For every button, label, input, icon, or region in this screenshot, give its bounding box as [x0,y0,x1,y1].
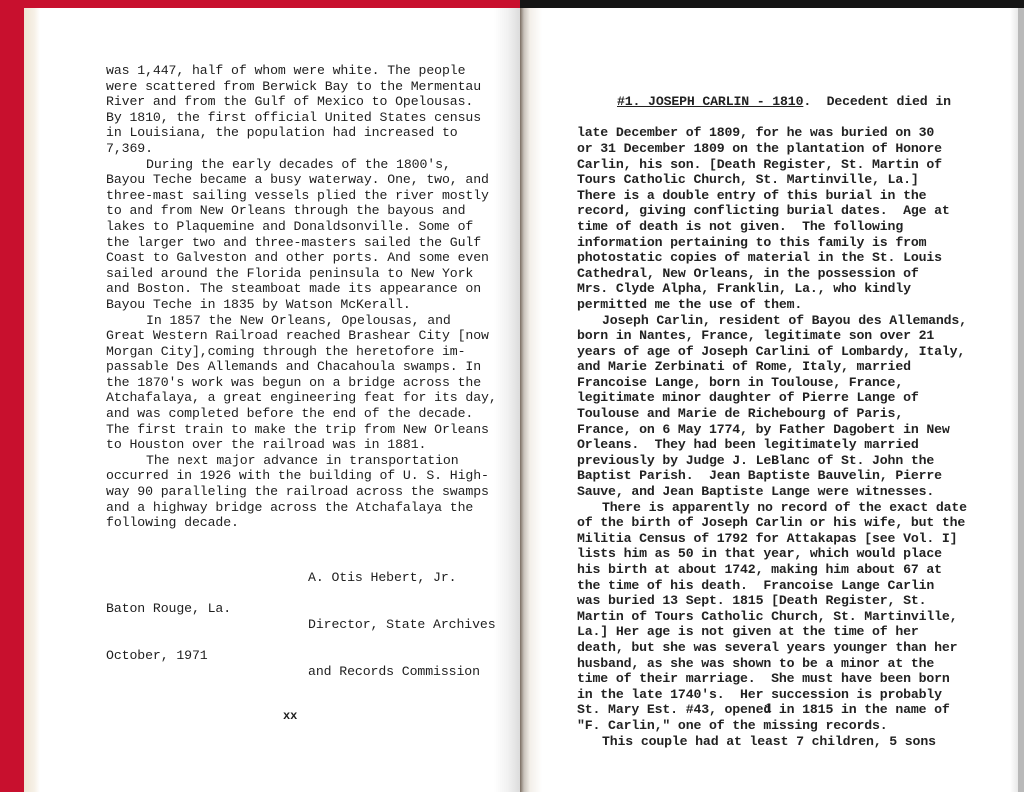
text-line: was 1,447, half of whom were white. The … [106,63,497,79]
text-line: to and from New Orleans through the bayo… [106,203,497,219]
text-line: in Louisiana, the population had increas… [106,125,497,141]
text-line: passable Des Allemands and Chacahoula sw… [106,359,497,375]
text-line: In 1857 the New Orleans, Opelousas, and [106,313,497,329]
text-line: Coast to Galveston and other ports. And … [106,250,497,266]
text-line: During the early decades of the 1800's, [106,157,497,173]
text-line: time of death is not given. The followin… [577,219,967,235]
text-line: legitimate minor daughter of Pierre Lang… [577,390,967,406]
text-line: husband, as she was shown to be a minor … [577,656,967,672]
text-line: and Marie Zerbinati of Rome, Italy, marr… [577,359,967,375]
entry-heading-rest: . Decedent died in [803,94,951,109]
text-line: Mrs. Clyde Alpha, Franklin, La., who kin… [577,281,967,297]
text-line: the time of his death. Francoise Lange C… [577,578,967,594]
text-line: born in Nantes, France, legitimate son o… [577,328,967,344]
text-line: "F. Carlin," one of the missing records. [577,718,967,734]
text-line: France, on 6 May 1774, by Father Dagober… [577,422,967,438]
text-line: 7,369. [106,141,497,157]
text-line: to Houston over the railroad was in 1881… [106,437,497,453]
text-line: following decade. [106,515,497,531]
place: Baton Rouge, La. [106,601,231,617]
text-line: Sauve, and Jean Baptiste Lange were witn… [577,484,967,500]
signature-name: A. Otis Hebert, Jr. [308,570,496,586]
text-line: and was completed before the end of the … [106,406,497,422]
text-line: River and from the Gulf of Mexico to Ope… [106,94,497,110]
text-line: By 1810, the first official United State… [106,110,497,126]
text-line: or 31 December 1809 on the plantation of… [577,141,967,157]
text-line: Cathedral, New Orleans, in the possessio… [577,266,967,282]
text-line: Martin of Tours Catholic Church, St. Mar… [577,609,967,625]
text-line: death, but she was several years younger… [577,640,967,656]
text-line: three-mast sailing vessels plied the riv… [106,188,497,204]
text-line: There is a double entry of this burial i… [577,188,967,204]
text-line: lakes to Plaquemine and Donaldsonville. … [106,219,497,235]
text-line: Bayou Teche became a busy waterway. One,… [106,172,497,188]
text-line: sailed around the Florida peninsula to N… [106,266,497,282]
text-line: of the birth of Joseph Carlin or his wif… [577,515,967,531]
text-line: and a highway bridge across the Atchafal… [106,500,497,516]
text-line: Tours Catholic Church, St. Martinville, … [577,172,967,188]
text-line: was buried 13 Sept. 1815 [Death Register… [577,593,967,609]
text-line: and Boston. The steamboat made its appea… [106,281,497,297]
text-line: Joseph Carlin, resident of Bayou des All… [577,313,967,329]
text-line: late December of 1809, for he was buried… [577,125,967,141]
text-line: years of age of Joseph Carlini of Lombar… [577,344,967,360]
text-line: Baptist Parish. Jean Baptiste Bauvelin, … [577,468,967,484]
text-line: were scattered from Berwick Bay to the M… [106,79,497,95]
text-line: information pertaining to this family is… [577,235,967,251]
text-line: his birth at about 1742, making him abou… [577,562,967,578]
text-line: photostatic copies of material in the St… [577,250,967,266]
text-line: lists him as 50 in that year, which woul… [577,546,967,562]
signature-block: A. Otis Hebert, Jr. Director, State Arch… [308,539,496,695]
text-line: occurred in 1926 with the building of U.… [106,468,497,484]
signature-title-2: and Records Commission [308,664,496,680]
date: October, 1971 [106,648,231,664]
text-line: the larger two and three-masters sailed … [106,235,497,251]
text-line: Francoise Lange, born in Toulouse, Franc… [577,375,967,391]
text-line: way 90 paralleling the railroad across t… [106,484,497,500]
text-line: Carlin, his son. [Death Register, St. Ma… [577,157,967,173]
left-page-body: was 1,447, half of whom were white. The … [106,63,497,531]
entry-heading-line: #1. JOSEPH CARLIN - 1810. Decedent died … [577,94,967,110]
text-line: La.] Her age is not given at the time of… [577,624,967,640]
text-line: in the late 1740's. Her succession is pr… [577,687,967,703]
text-line: previously by Judge J. LeBlanc of St. Jo… [577,453,967,469]
right-page-number: 1 [764,701,772,717]
text-line: Atchafalaya, a great engineering feat fo… [106,390,497,406]
place-date-block: Baton Rouge, La. October, 1971 [106,570,231,679]
text-line: Orleans. They had been legitimately marr… [577,437,967,453]
text-line: Great Western Railroad reached Brashear … [106,328,497,344]
page-edge [1018,8,1024,792]
entry-heading: #1. JOSEPH CARLIN - 1810 [617,94,803,109]
text-line: There is apparently no record of the exa… [577,500,967,516]
text-line: The first train to make the trip from Ne… [106,422,497,438]
text-line: the 1870's work was begun on a bridge ac… [106,375,497,391]
left-page-number: xx [283,709,297,725]
text-line: This couple had at least 7 children, 5 s… [577,734,967,750]
text-line: Toulouse and Marie de Richebourg of Pari… [577,406,967,422]
text-line: The next major advance in transportation [106,453,497,469]
text-line: time of their marriage. She must have be… [577,671,967,687]
right-page-body: #1. JOSEPH CARLIN - 1810. Decedent died … [577,63,967,749]
text-line: Militia Census of 1792 for Attakapas [se… [577,531,967,547]
text-line: Morgan City],coming through the heretofo… [106,344,497,360]
text-line: permitted me the use of them. [577,297,967,313]
text-line: record, giving conflicting burial dates.… [577,203,967,219]
text-line: Bayou Teche in 1835 by Watson McKerall. [106,297,497,313]
signature-title-1: Director, State Archives [308,617,496,633]
